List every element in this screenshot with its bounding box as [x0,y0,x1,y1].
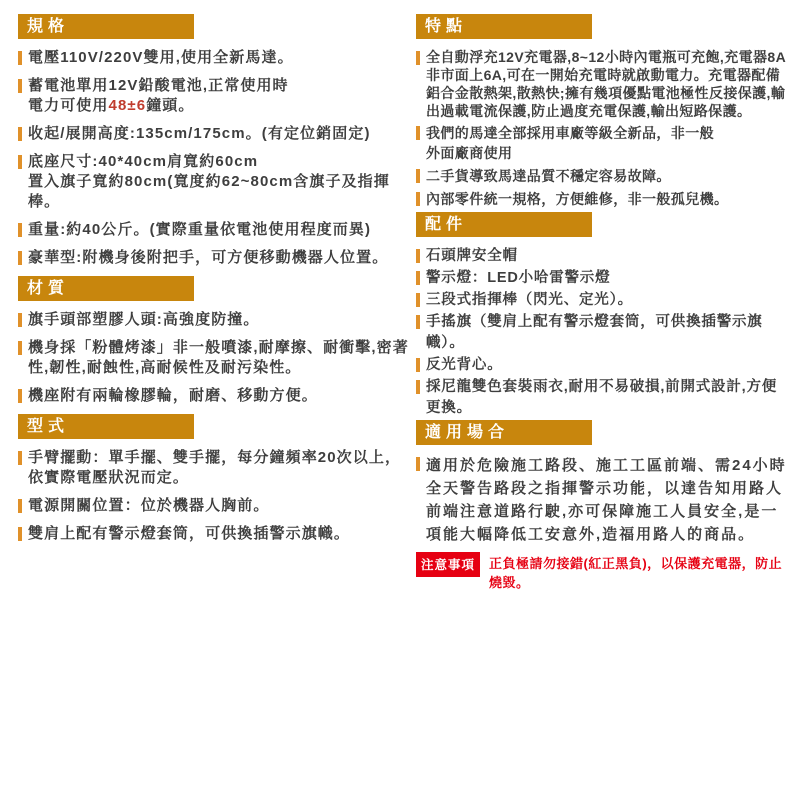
bullet-bar-icon [18,341,22,355]
section-title: 規格 [27,18,69,35]
bullet-bar-icon [416,192,420,206]
bullet-bar-icon [18,127,22,141]
section-title: 材質 [27,280,69,297]
section-header-materials: 材質 [18,276,194,301]
section-header-usage: 適用場合 [416,420,592,445]
spec-item-text: 電壓110V/220V雙用,使用全新馬達。 [28,49,294,66]
feature-item: 我們的馬達全部採用車廠等級全新品，非一般 外面廠商使用 [416,123,792,163]
bullet-bar-icon [416,169,420,183]
spec-item-text: 旗手頭部塑膠人頭:高強度防撞。 [28,311,260,328]
bullet-bar-icon [18,251,22,265]
spec-item-text: 豪華型:附機身後附把手，可方便移動機器人位置。 [28,249,388,266]
bullet-bar-icon [18,389,22,403]
accessory-item-text: 三段式指揮棒（閃光、定光）。 [426,292,633,308]
spec-item-text: 機座附有兩輪橡膠輪，耐磨、移動方便。 [28,387,318,404]
spec-item: 底座尺寸:40*40cm肩寬約60cm 置入旗子寬約80cm(寬度約62~80c… [18,152,410,212]
section-title: 型式 [27,418,69,435]
product-spec-sheet: 規格 電壓110V/220V雙用,使用全新馬達。 蓄電池單用12V鉛酸電池,正常… [0,0,800,800]
usage-item-text: 適用於危險施工路段、施工工區前端、需24小時全天警告路段之指揮警示功能，以達告知… [426,457,787,543]
section-header-features: 特點 [416,14,592,39]
feature-item: 二手貨導致馬達品質不穩定容易故障。 [416,166,792,186]
section-specs: 規格 電壓110V/220V雙用,使用全新馬達。 蓄電池單用12V鉛酸電池,正常… [18,14,410,268]
spec-item-text: 手臂擺動：單手擺、雙手擺，每分鐘頻率20次以上，依實際電壓狀況而定。 [28,449,401,486]
spec-item: 電壓110V/220V雙用,使用全新馬達。 [18,48,410,68]
accessory-item: 反光背心。 [416,355,792,376]
spec-item-text: 電源開關位置：位於機器人胸前。 [28,497,270,514]
bullet-bar-icon [18,155,22,169]
bullet-bar-icon [416,315,420,329]
accessory-item-text: 手搖旗（雙肩上配有警示燈套筒，可供換插警示旗幟）。 [426,314,763,351]
spec-item: 旗手頭部塑膠人頭:高強度防撞。 [18,310,410,330]
accessory-item: 警示燈：LED小哈雷警示燈 [416,268,792,289]
accessory-item: 石頭牌安全帽 [416,246,792,267]
section-title: 特點 [425,18,467,35]
spec-item-text: 鐘頭。 [146,97,194,114]
spec-item-text: 機身採「粉體烤漆」非一般噴漆,耐摩擦、耐衝擊,密著性,韌性,耐蝕性,高耐候性及耐… [28,339,409,376]
notice-badge: 注意事項 [416,552,480,577]
spec-item: 蓄電池單用12V鉛酸電池,正常使用時 電力可使用48±6鐘頭。 [18,76,410,116]
bullet-bar-icon [416,271,420,285]
section-header-specs: 規格 [18,14,194,39]
feature-item-text: 二手貨導致馬達品質不穩定容易故障。 [426,168,671,184]
bullet-bar-icon [416,126,420,140]
bullet-bar-icon [416,457,420,471]
bullet-bar-icon [18,223,22,237]
usage-item: 適用於危險施工路段、施工工區前端、需24小時全天警告路段之指揮警示功能，以達告知… [416,454,792,546]
bullet-bar-icon [18,527,22,541]
bullet-bar-icon [416,380,420,394]
accessory-item-text: 採尼龍雙色套裝雨衣,耐用不易破損,前開式設計,方便更換。 [426,379,777,416]
spec-item: 豪華型:附機身後附把手，可方便移動機器人位置。 [18,248,410,268]
right-column: 特點 全自動浮充12V充電器,8~12小時內電瓶可充飽,充電器8A非市面上6A,… [416,14,792,800]
bullet-bar-icon [416,358,420,372]
section-type: 型式 手臂擺動：單手擺、雙手擺，每分鐘頻率20次以上，依實際電壓狀況而定。 電源… [18,414,410,544]
spec-item-text: 收起/展開高度:135cm/175cm。(有定位銷固定) [28,125,371,142]
section-title: 配件 [425,216,467,233]
accessory-item-text: 反光背心。 [426,357,503,373]
feature-item: 內部零件統一規格，方便維修，非一般孤兒機。 [416,189,792,209]
notice-row: 注意事項 正負極請勿接錯(紅正黑負)，以保護充電器，防止燒毀。 [416,552,792,592]
section-accessories: 配件 石頭牌安全帽 警示燈：LED小哈雷警示燈 三段式指揮棒（閃光、定光）。 手… [416,212,792,419]
accessory-item-text: 警示燈：LED小哈雷警示燈 [426,270,610,286]
spec-item: 雙肩上配有警示燈套筒，可供換插警示旗幟。 [18,524,410,544]
feature-item: 全自動浮充12V充電器,8~12小時內電瓶可充飽,充電器8A非市面上6A,可在一… [416,48,792,120]
feature-item-text: 我們的馬達全部採用車廠等級全新品，非一般 外面廠商使用 [426,125,714,161]
bullet-bar-icon [416,249,420,263]
bullet-bar-icon [18,451,22,465]
spec-item-text: 雙肩上配有警示燈套筒，可供換插警示旗幟。 [28,525,350,542]
spec-item: 手臂擺動：單手擺、雙手擺，每分鐘頻率20次以上，依實際電壓狀況而定。 [18,448,410,488]
spec-item-text: 重量:約40公斤。(實際重量依電池使用程度而異) [28,221,371,238]
accessory-item: 三段式指揮棒（閃光、定光）。 [416,290,792,311]
section-usage: 適用場合 適用於危險施工路段、施工工區前端、需24小時全天警告路段之指揮警示功能… [416,420,792,546]
bullet-bar-icon [18,313,22,327]
bullet-bar-icon [18,51,22,65]
spec-item: 重量:約40公斤。(實際重量依電池使用程度而異) [18,220,410,240]
spec-item: 機座附有兩輪橡膠輪，耐磨、移動方便。 [18,386,410,406]
highlight-text: 48±6 [109,97,147,114]
section-features: 特點 全自動浮充12V充電器,8~12小時內電瓶可充飽,充電器8A非市面上6A,… [416,14,792,209]
accessory-item-text: 石頭牌安全帽 [426,248,518,264]
left-column: 規格 電壓110V/220V雙用,使用全新馬達。 蓄電池單用12V鉛酸電池,正常… [18,14,410,800]
spec-item: 電源開關位置：位於機器人胸前。 [18,496,410,516]
spec-item: 機身採「粉體烤漆」非一般噴漆,耐摩擦、耐衝擊,密著性,韌性,耐蝕性,高耐候性及耐… [18,338,410,378]
accessory-item: 採尼龍雙色套裝雨衣,耐用不易破損,前開式設計,方便更換。 [416,377,792,419]
bullet-bar-icon [18,499,22,513]
spec-item-text: 底座尺寸:40*40cm肩寬約60cm 置入旗子寬約80cm(寬度約62~80c… [28,153,390,210]
section-header-accessories: 配件 [416,212,592,237]
section-materials: 材質 旗手頭部塑膠人頭:高強度防撞。 機身採「粉體烤漆」非一般噴漆,耐摩擦、耐衝… [18,276,410,406]
spec-item: 收起/展開高度:135cm/175cm。(有定位銷固定) [18,124,410,144]
feature-item-text: 全自動浮充12V充電器,8~12小時內電瓶可充飽,充電器8A非市面上6A,可在一… [426,49,786,119]
bullet-bar-icon [416,293,420,307]
accessory-item: 手搖旗（雙肩上配有警示燈套筒，可供換插警示旗幟）。 [416,312,792,354]
notice-text: 正負極請勿接錯(紅正黑負)，以保護充電器，防止燒毀。 [489,552,792,592]
section-title: 適用場合 [425,424,509,441]
section-header-type: 型式 [18,414,194,439]
feature-item-text: 內部零件統一規格，方便維修，非一般孤兒機。 [426,191,728,207]
bullet-bar-icon [18,79,22,93]
bullet-bar-icon [416,51,420,65]
